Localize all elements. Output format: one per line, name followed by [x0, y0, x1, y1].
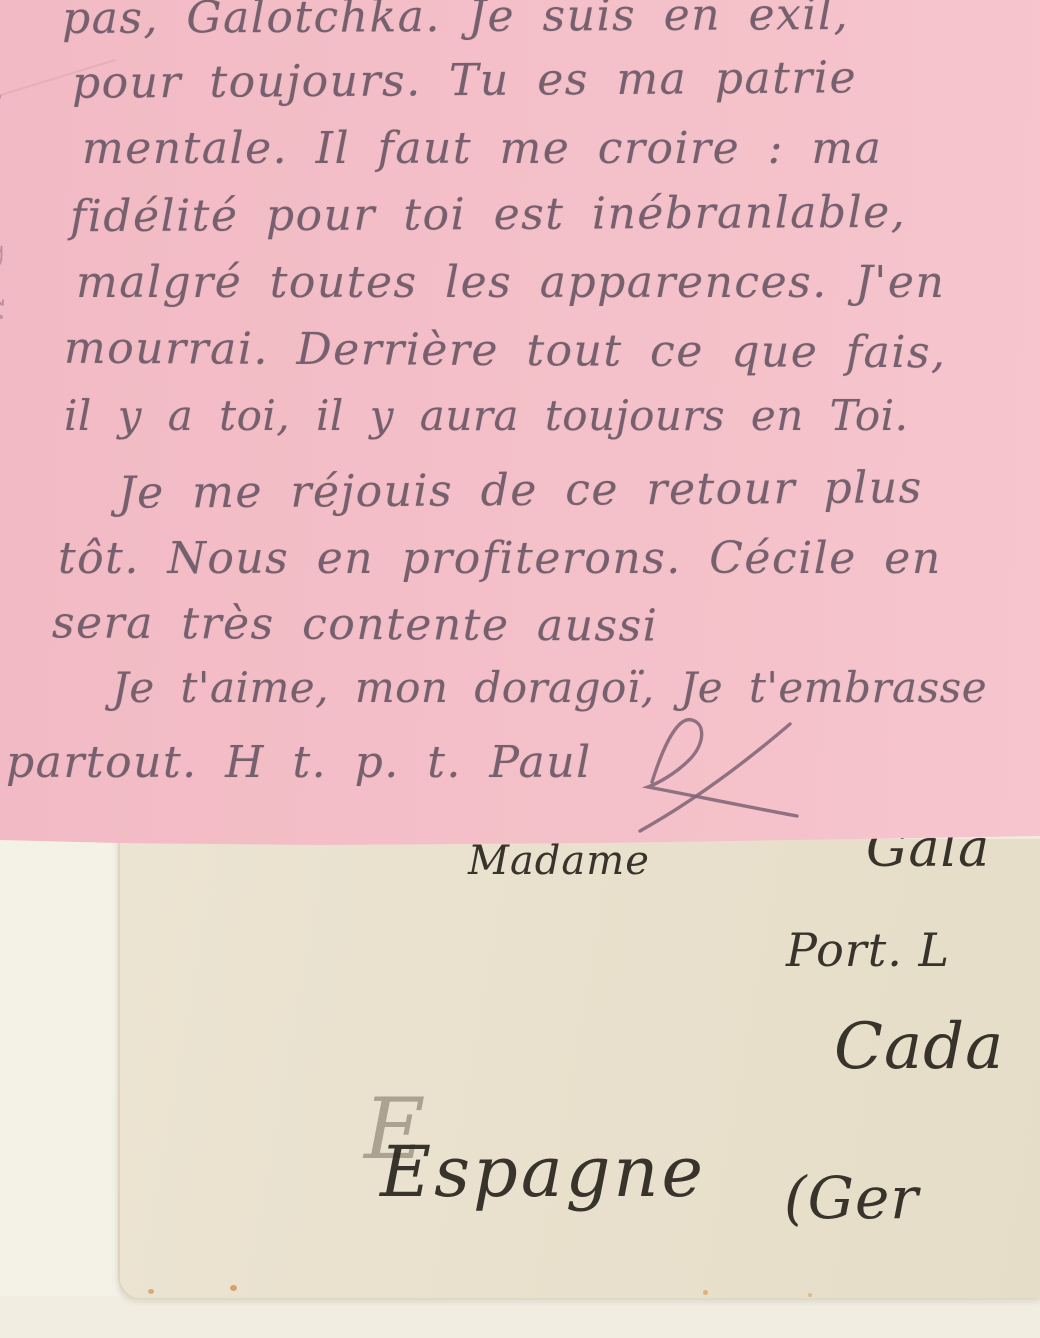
- letter-line: malgré toutes les apparences. J'en: [76, 258, 945, 309]
- letter-line: sera très contente aussi: [52, 598, 658, 652]
- letter-line: partout. H t. p. t. Paul: [6, 738, 592, 789]
- letter-line: Je t'aime, mon doragoï, Je t'embrasse: [112, 664, 987, 712]
- foxing-spot: [230, 1285, 237, 1291]
- envelope-address-line2: Port. L: [786, 927, 950, 973]
- backing-mat-left: [0, 838, 120, 1338]
- letter-line: mourrai. Derrière tout ce que fais,: [64, 324, 947, 379]
- margin-note: eusement pour Dali.: [0, 0, 8, 336]
- letter-line: pour toujours. Tu es ma patrie: [72, 53, 857, 109]
- letter-line: fidélité pour toi est inébranlable,: [70, 188, 906, 243]
- envelope-addressee-title: Madame: [468, 841, 650, 881]
- letter-page: pas, Galotchka. Je suis en exil, pour to…: [0, 0, 1040, 846]
- letter-scan: Madame Gala Port. L Cada E Espagne (Ger …: [0, 0, 1040, 1338]
- foxing-spot: [808, 1293, 812, 1297]
- letter-line: Je me réjouis de ce retour plus: [118, 463, 923, 519]
- foxing-spot: [703, 1290, 708, 1295]
- foxing-spot: [148, 1289, 154, 1294]
- envelope: Madame Gala Port. L Cada E Espagne (Ger: [118, 839, 1040, 1298]
- backing-mat-bottom: [0, 1296, 1040, 1338]
- envelope-province-fragment: (Ger: [784, 1169, 919, 1227]
- letter-line: tôt. Nous en profiterons. Cécile en: [58, 534, 942, 585]
- letter-line: pas, Galotchka. Je suis en exil,: [62, 0, 849, 45]
- letter-line: mentale. Il faut me croire : ma: [82, 124, 882, 175]
- letter-line: il y a toi, il y aura toujours en Toi.: [64, 392, 908, 440]
- envelope-country: Espagne: [380, 1137, 706, 1207]
- envelope-address-line3: Cada: [834, 1015, 1004, 1079]
